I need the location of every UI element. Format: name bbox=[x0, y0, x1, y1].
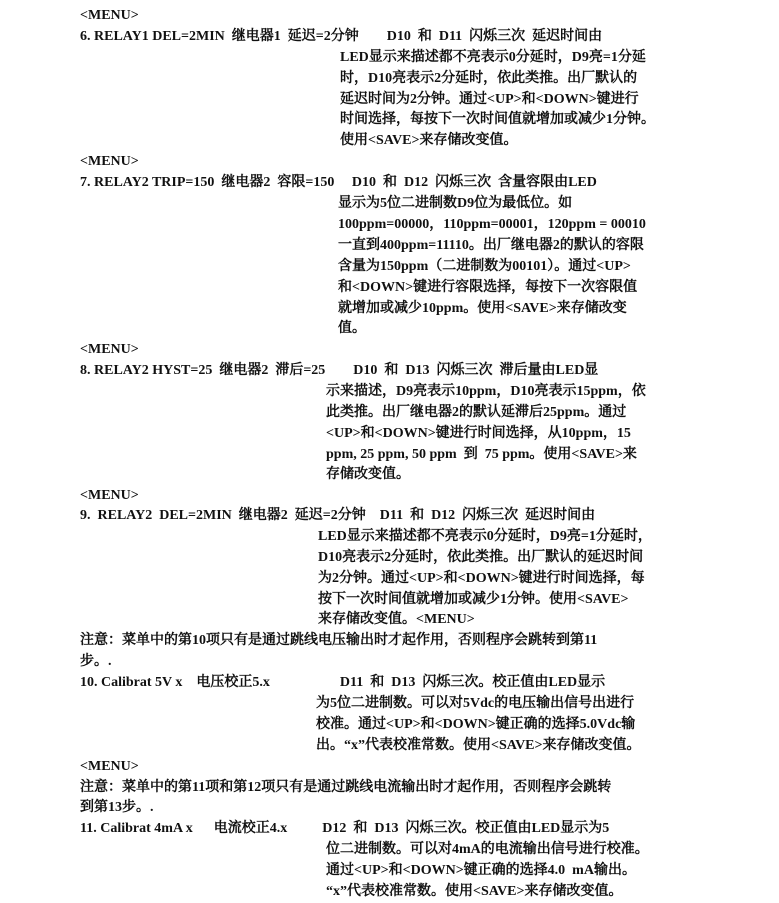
text-line: 9. RELAY2 DEL=2MIN 继电器2 延迟=2分钟 D11 和 D12… bbox=[80, 506, 595, 526]
text-line: “x”代表校准常数。使用<SAVE>来存储改变值。 bbox=[326, 882, 623, 902]
text-line: 显示为5位二进制数D9位为最低位。如 bbox=[338, 194, 572, 214]
text-line: D10亮表示2分延时，依此类推。出厂默认的延迟时间 bbox=[318, 548, 643, 568]
text-line: 注意：菜单中的第10项只有是通过跳线电压输出时才起作用，否则程序会跳转到第11 bbox=[80, 631, 597, 651]
text-line: <MENU> bbox=[80, 6, 139, 26]
text-line: 存储改变值。 bbox=[326, 465, 410, 485]
text-line: 就增加或减少10ppm。使用<SAVE>来存储改变 bbox=[338, 299, 627, 319]
text-line: 校准。通过<UP>和<DOWN>键正确的选择5.0Vdc输 bbox=[316, 715, 635, 735]
text-line: ppm, 25 ppm, 50 ppm 到 75 ppm。使用<SAVE>来 bbox=[326, 445, 637, 465]
text-line: 8. RELAY2 HYST=25 继电器2 滞后=25 D10 和 D13 闪… bbox=[80, 361, 598, 381]
text-line: 含量为150ppm（二进制数为00101）。通过<UP> bbox=[338, 257, 631, 277]
text-line: 值。 bbox=[338, 319, 366, 339]
text-line: 时，D10亮表示2分延时，依此类推。出厂默认的 bbox=[340, 69, 637, 89]
text-line: 和<DOWN>键进行容限选择，每按下一次容限值 bbox=[338, 278, 637, 298]
text-line: 10. Calibrat 5V x 电压校正5.x D11 和 D13 闪烁三次… bbox=[80, 673, 605, 693]
text-line: LED显示来描述都不亮表示0分延时，D9亮=1分延 bbox=[340, 48, 646, 68]
text-line: 时间选择，每按下一次时间值就增加或减少1分钟。 bbox=[340, 110, 655, 130]
text-line: 一直到400ppm=11110。出厂继电器2的默认的容限 bbox=[338, 236, 644, 256]
text-line: <UP>和<DOWN>键进行时间选择，从10ppm，15 bbox=[326, 424, 631, 444]
text-line: 11. Calibrat 4mA x 电流校正4.x D12 和 D13 闪烁三… bbox=[80, 819, 609, 839]
text-line: 使用<SAVE>来存储改变值。 bbox=[340, 131, 518, 151]
text-line: 按下一次时间值就增加或减少1分钟。使用<SAVE> bbox=[318, 590, 629, 610]
text-line: 来存储改变值。<MENU> bbox=[318, 610, 475, 630]
text-line: 为2分钟。通过<UP>和<DOWN>键进行时间选择，每 bbox=[318, 569, 645, 589]
text-line: <MENU> bbox=[80, 486, 139, 506]
text-line: <MENU> bbox=[80, 340, 139, 360]
text-line: 到第13步。. bbox=[80, 798, 154, 818]
text-line: 延迟时间为2分钟。通过<UP>和<DOWN>键进行 bbox=[340, 90, 639, 110]
text-line: 6. RELAY1 DEL=2MIN 继电器1 延迟=2分钟 D10 和 D11… bbox=[80, 27, 602, 47]
text-line: 步。. bbox=[80, 652, 112, 672]
text-line: 7. RELAY2 TRIP=150 继电器2 容限=150 D10 和 D12… bbox=[80, 173, 597, 193]
text-line: <MENU> bbox=[80, 757, 139, 777]
text-line: LED显示来描述都不亮表示0分延时，D9亮=1分延时， bbox=[318, 527, 652, 547]
text-line: <MENU> bbox=[80, 152, 139, 172]
manual-page: <MENU>6. RELAY1 DEL=2MIN 继电器1 延迟=2分钟 D10… bbox=[0, 0, 779, 903]
text-line: 出。“x”代表校准常数。使用<SAVE>来存储改变值。 bbox=[316, 736, 641, 756]
text-line: 此类推。出厂继电器2的默认延滞后25ppm。通过 bbox=[326, 403, 626, 423]
text-line: 示来描述，D9亮表示10ppm，D10亮表示15ppm，依 bbox=[326, 382, 646, 402]
text-line: 100ppm=00000，110ppm=00001，120ppm = 00010 bbox=[338, 215, 646, 235]
text-line: 位二进制数。可以对4mA的电流输出信号进行校准。 bbox=[326, 840, 649, 860]
text-line: 为5位二进制数。可以对5Vdc的电压输出信号出进行 bbox=[316, 694, 634, 714]
text-line: 通过<UP>和<DOWN>键正确的选择4.0 mA输出。 bbox=[326, 861, 636, 881]
text-line: 注意：菜单中的第11项和第12项只有是通过跳线电流输出时才起作用，否则程序会跳转 bbox=[80, 778, 611, 798]
